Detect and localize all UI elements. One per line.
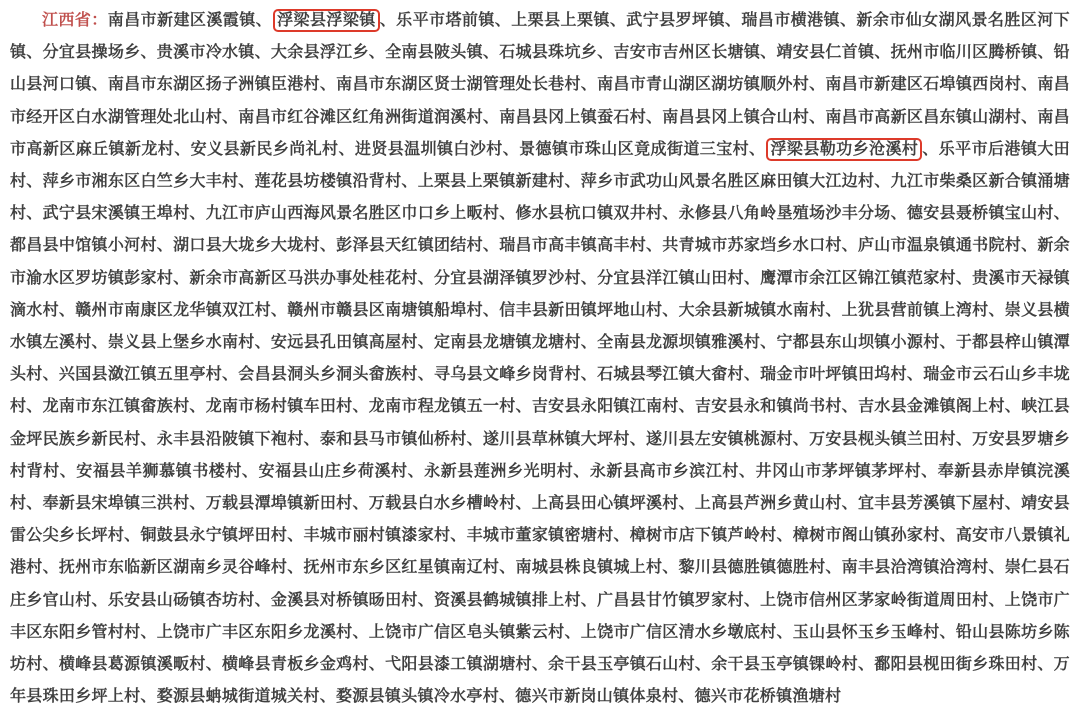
place-list: 江西省：南昌市新建区溪霞镇、浮梁县浮梁镇、乐平市塔前镇、上栗县上栗镇、武宁县罗坪… bbox=[10, 5, 1070, 711]
place-list-segment: 、乐平市后港镇大田村、萍乡市湘东区白竺乡大丰村、莲花县坊楼镇沿背村、上栗县上栗镇… bbox=[10, 141, 1070, 705]
place-list-segment: 南昌市新建区溪霞镇、 bbox=[108, 12, 272, 29]
highlighted-place-box: 浮梁县浮梁镇 bbox=[273, 9, 380, 32]
place-list-segment: 、乐平市塔前镇、上栗县上栗镇、武宁县罗坪镇、瑞昌市横港镇、新余市仙女湖风景名胜区… bbox=[10, 12, 1070, 158]
document-page: 江西省：南昌市新建区溪霞镇、浮梁县浮梁镇、乐平市塔前镇、上栗县上栗镇、武宁县罗坪… bbox=[0, 0, 1080, 711]
province-label: 江西省： bbox=[42, 12, 108, 29]
highlighted-place-box: 浮梁县勒功乡沧溪村 bbox=[766, 138, 922, 161]
